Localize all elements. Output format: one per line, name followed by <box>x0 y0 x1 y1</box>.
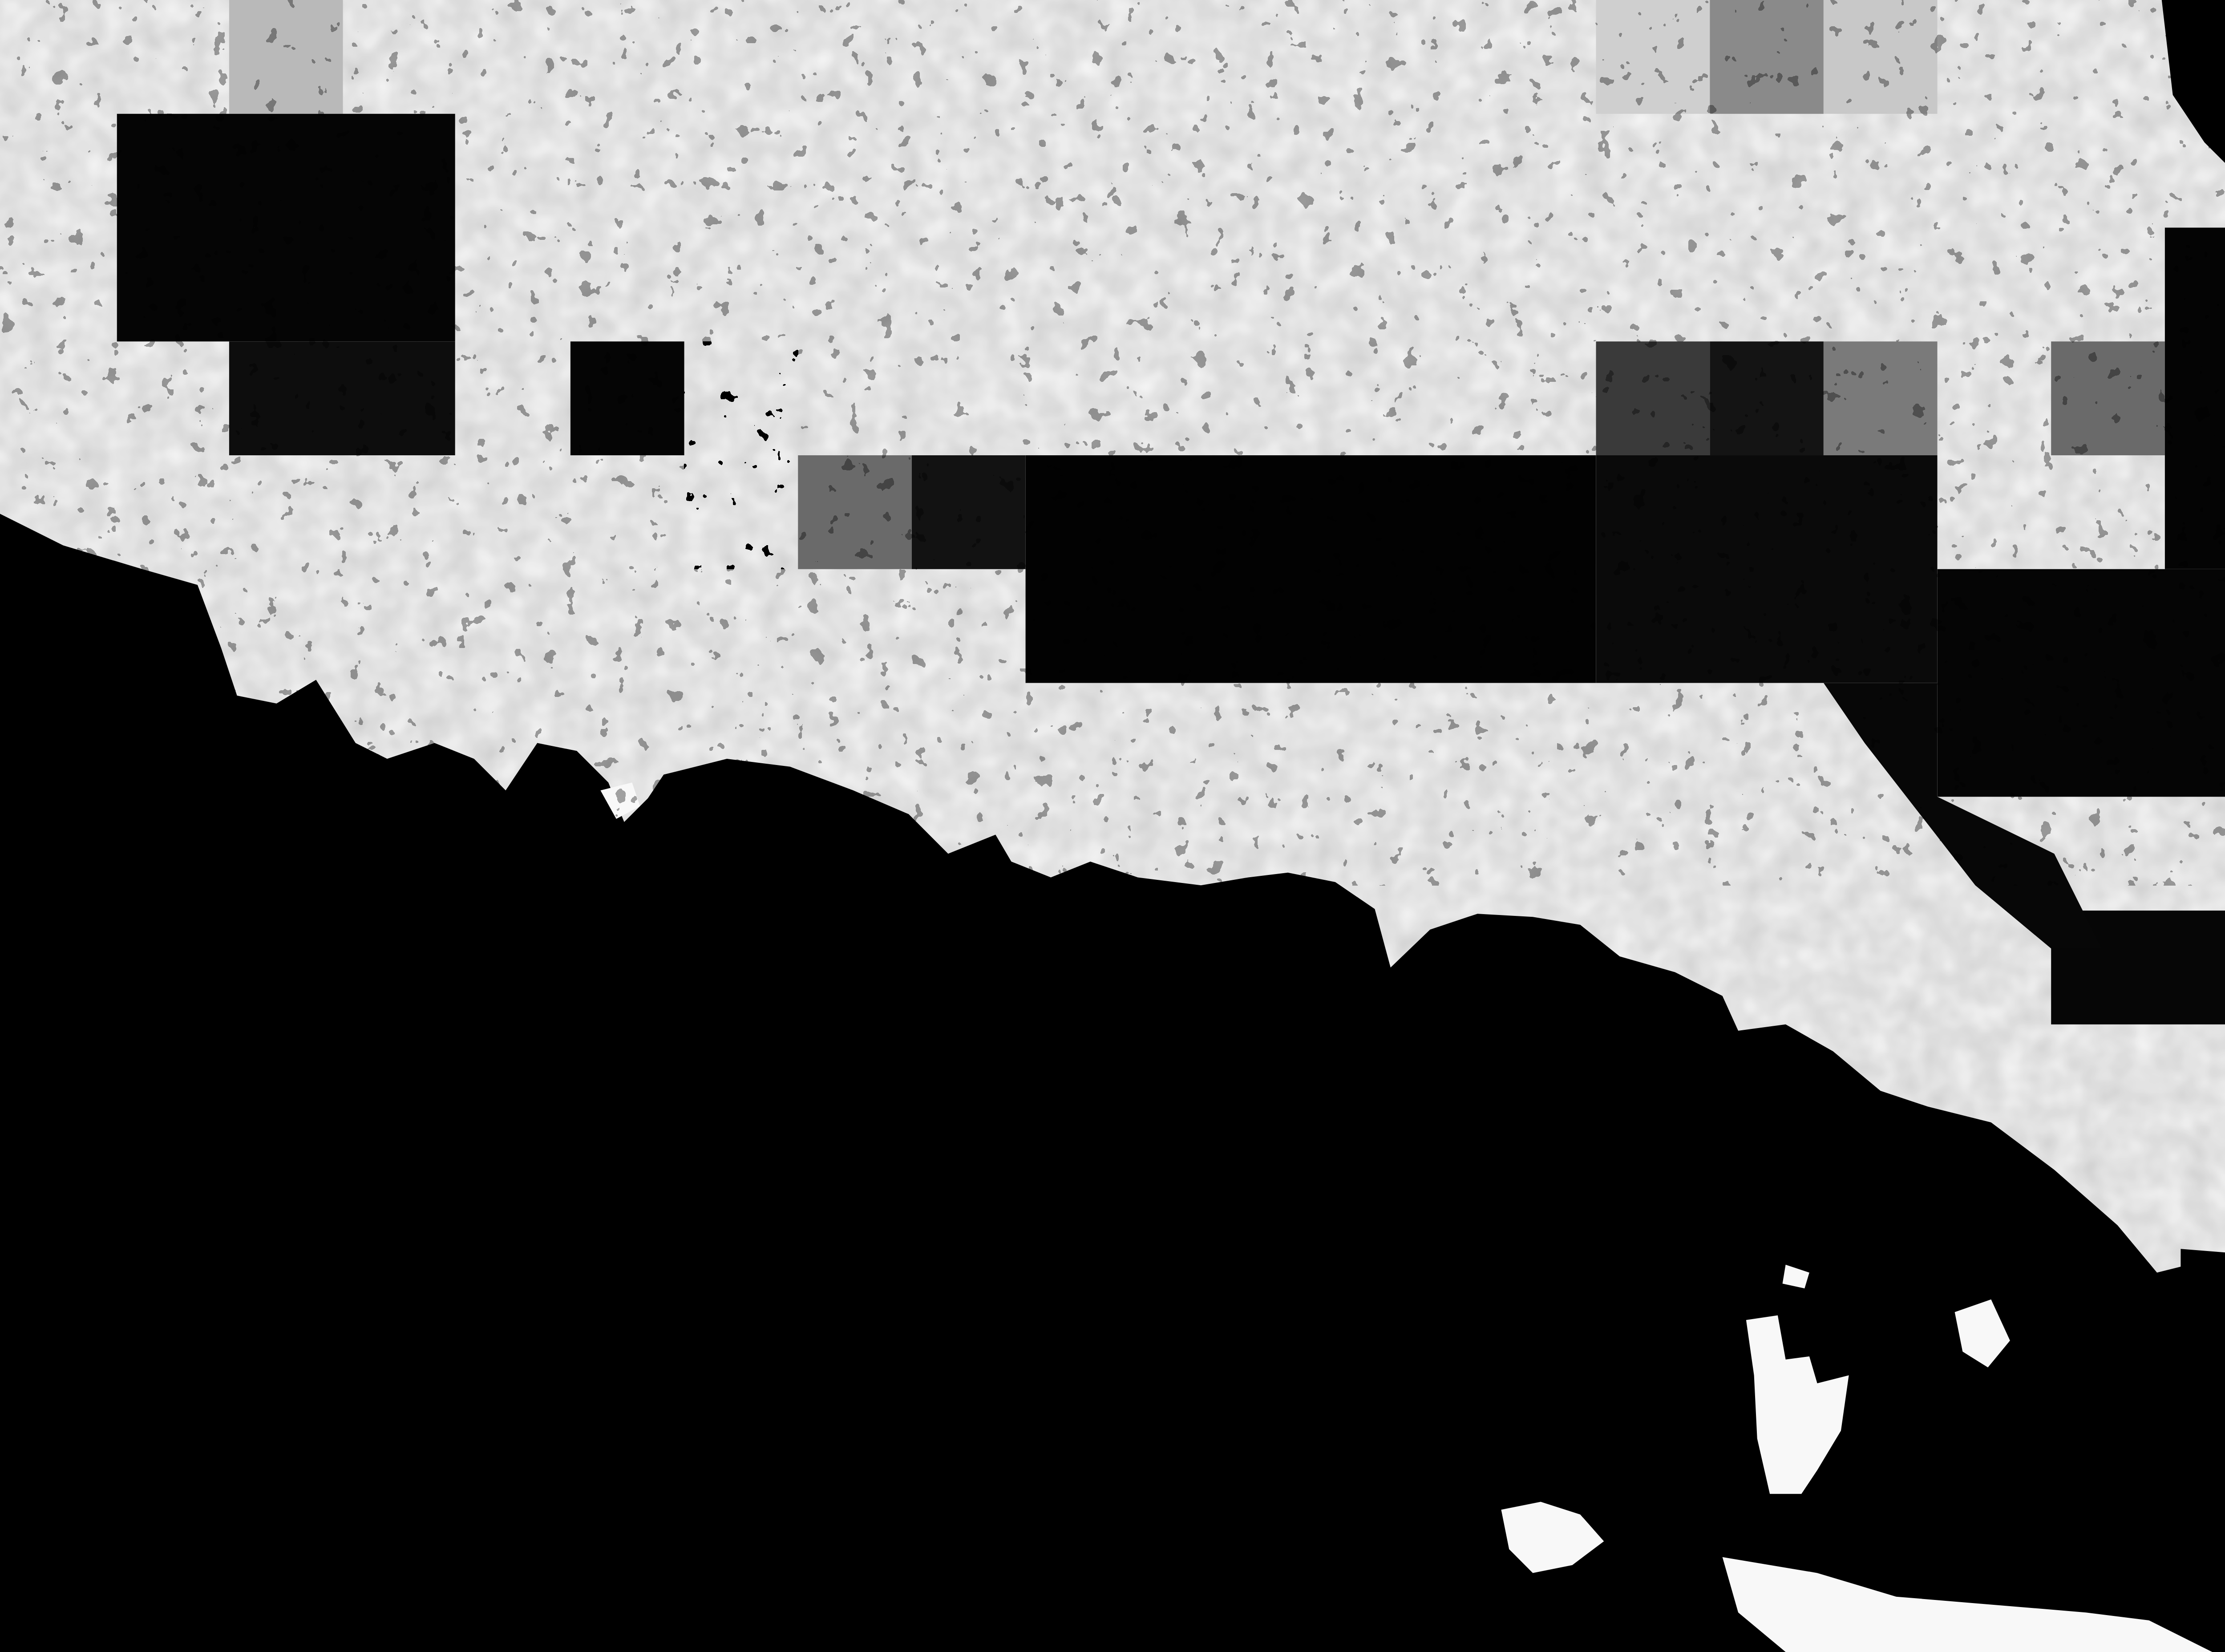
satellite-image <box>0 0 2225 1652</box>
